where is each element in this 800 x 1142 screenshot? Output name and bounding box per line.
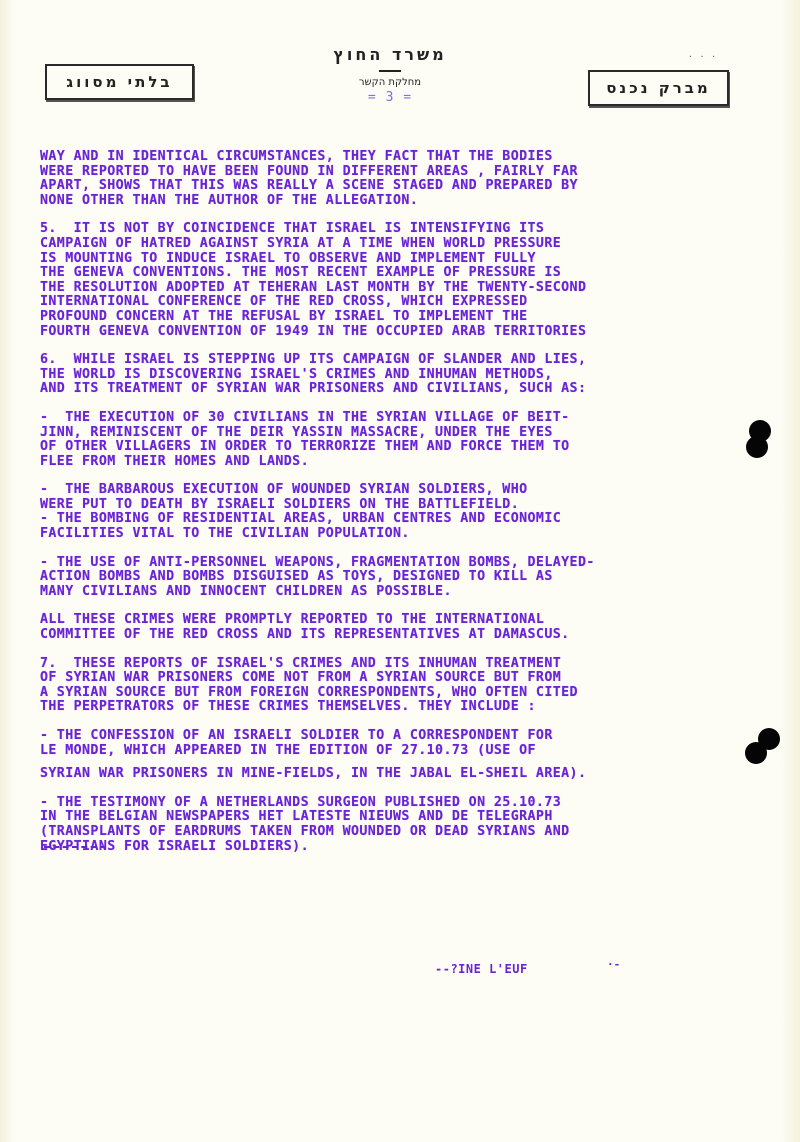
text-line: FLEE FROM THEIR HOMES AND LANDS. [40, 455, 700, 470]
text-line: IN THE BELGIAN NEWSPAPERS HET LATESTE NI… [40, 810, 700, 825]
ministry-title: משרד החוץ [300, 45, 480, 64]
text-line: OF OTHER VILLAGERS IN ORDER TO TERRORIZE… [40, 440, 700, 455]
text-line: A SYRIAN SOURCE BUT FROM FOREIGN CORRESP… [40, 686, 700, 701]
text-line: - THE TESTIMONY OF A NETHERLANDS SURGEON… [40, 796, 700, 811]
text-line: 7. THESE REPORTS OF ISRAEL'S CRIMES AND … [40, 657, 700, 672]
text-line: (TRANSPLANTS OF EARDRUMS TAKEN FROM WOUN… [40, 825, 700, 840]
text-line: EGYPTIANS FOR ISRAELI SOLDIERS). [40, 840, 700, 855]
punch-hole-lower-b [745, 742, 767, 764]
page-edge-left [0, 0, 14, 1142]
text-line: THE RESOLUTION ADOPTED AT TEHERAN LAST M… [40, 281, 700, 296]
paragraph: 5. IT IS NOT BY COINCIDENCE THAT ISRAEL … [40, 222, 700, 339]
text-line: NONE OTHER THAN THE AUTHOR OF THE ALLEGA… [40, 194, 700, 209]
text-line: AND ITS TREATMENT OF SYRIAN WAR PRISONER… [40, 382, 700, 397]
text-line: FACILITIES VITAL TO THE CIVILIAN POPULAT… [40, 527, 700, 542]
page-edge-right [780, 0, 800, 1142]
text-line: - THE EXECUTION OF 30 CIVILIANS IN THE S… [40, 411, 700, 426]
text-line: COMMITTEE OF THE RED CROSS AND ITS REPRE… [40, 628, 700, 643]
text-line: WERE REPORTED TO HAVE BEEN FOUND IN DIFF… [40, 165, 700, 180]
text-line: WAY AND IN IDENTICAL CIRCUMSTANCES, THEY… [40, 150, 700, 165]
letterhead: משרד החוץ מחלקת הקשר = 3 = [300, 45, 480, 105]
text-line: ALL THESE CRIMES WERE PROMPTLY REPORTED … [40, 613, 700, 628]
text-line: JINN, REMINISCENT OF THE DEIR YASSIN MAS… [40, 426, 700, 441]
text-line: ACTION BOMBS AND BOMBS DISGUISED AS TOYS… [40, 570, 700, 585]
text-line: 5. IT IS NOT BY COINCIDENCE THAT ISRAEL … [40, 222, 700, 237]
text-line: FOURTH GENEVA CONVENTION OF 1949 IN THE … [40, 325, 700, 340]
paragraph: 7. THESE REPORTS OF ISRAEL'S CRIMES AND … [40, 657, 700, 715]
text-line: MANY CIVILIANS AND INNOCENT CHILDREN AS … [40, 585, 700, 600]
text-line: APART, SHOWS THAT THIS WAS REALLY A SCEN… [40, 179, 700, 194]
handwritten-underline [44, 846, 106, 850]
punch-hole-upper-b [746, 436, 768, 458]
paragraph: - THE EXECUTION OF 30 CIVILIANS IN THE S… [40, 411, 700, 469]
text-line: 6. WHILE ISRAEL IS STEPPING UP ITS CAMPA… [40, 353, 700, 368]
text-line: CAMPAIGN OF HATRED AGAINST SYRIA AT A TI… [40, 237, 700, 252]
text-line: WERE PUT TO DEATH BY ISRAELI SOLDIERS ON… [40, 498, 700, 513]
incoming-telegram-stamp: מברק נכנס [588, 70, 729, 106]
page-number: = 3 = [300, 90, 480, 105]
paragraph: - THE CONFESSION OF AN ISRAELI SOLDIER T… [40, 729, 700, 782]
text-line: OF SYRIAN WAR PRISONERS COME NOT FROM A … [40, 671, 700, 686]
signature: --?INE L'EUF [435, 962, 528, 976]
text-line: INTERNATIONAL CONFERENCE OF THE RED CROS… [40, 295, 700, 310]
divider [379, 70, 401, 72]
signature-mark: ·- [607, 958, 620, 971]
text-line: PROFOUND CONCERN AT THE REFUSAL BY ISRAE… [40, 310, 700, 325]
text-line: THE GENEVA CONVENTIONS. THE MOST RECENT … [40, 266, 700, 281]
paragraph: ALL THESE CRIMES WERE PROMPTLY REPORTED … [40, 613, 700, 642]
paragraph: - THE TESTIMONY OF A NETHERLANDS SURGEON… [40, 796, 700, 854]
text-line: SYRIAN WAR PRISONERS IN MINE-FIELDS, IN … [40, 767, 700, 782]
text-line: - THE USE OF ANTI-PERSONNEL WEAPONS, FRA… [40, 556, 700, 571]
text-line: - THE BARBAROUS EXECUTION OF WOUNDED SYR… [40, 483, 700, 498]
paragraph: 6. WHILE ISRAEL IS STEPPING UP ITS CAMPA… [40, 353, 700, 397]
department-name: מחלקת הקשר [300, 77, 480, 88]
paragraph: - THE USE OF ANTI-PERSONNEL WEAPONS, FRA… [40, 556, 700, 600]
classification-stamp: בלתי מסווג [45, 64, 194, 100]
pen-mark: · · · [688, 52, 717, 61]
text-line: LE MONDE, WHICH APPEARED IN THE EDITION … [40, 744, 700, 759]
text-line: IS MOUNTING TO INDUCE ISRAEL TO OBSERVE … [40, 252, 700, 267]
text-line: THE PERPETRATORS OF THESE CRIMES THEMSEL… [40, 700, 700, 715]
telegram-body: WAY AND IN IDENTICAL CIRCUMSTANCES, THEY… [40, 150, 700, 868]
paragraph: WAY AND IN IDENTICAL CIRCUMSTANCES, THEY… [40, 150, 700, 208]
text-line: - THE BOMBING OF RESIDENTIAL AREAS, URBA… [40, 512, 700, 527]
paragraph: - THE BARBAROUS EXECUTION OF WOUNDED SYR… [40, 483, 700, 541]
text-line: THE WORLD IS DISCOVERING ISRAEL'S CRIMES… [40, 368, 700, 383]
text-line: - THE CONFESSION OF AN ISRAELI SOLDIER T… [40, 729, 700, 744]
